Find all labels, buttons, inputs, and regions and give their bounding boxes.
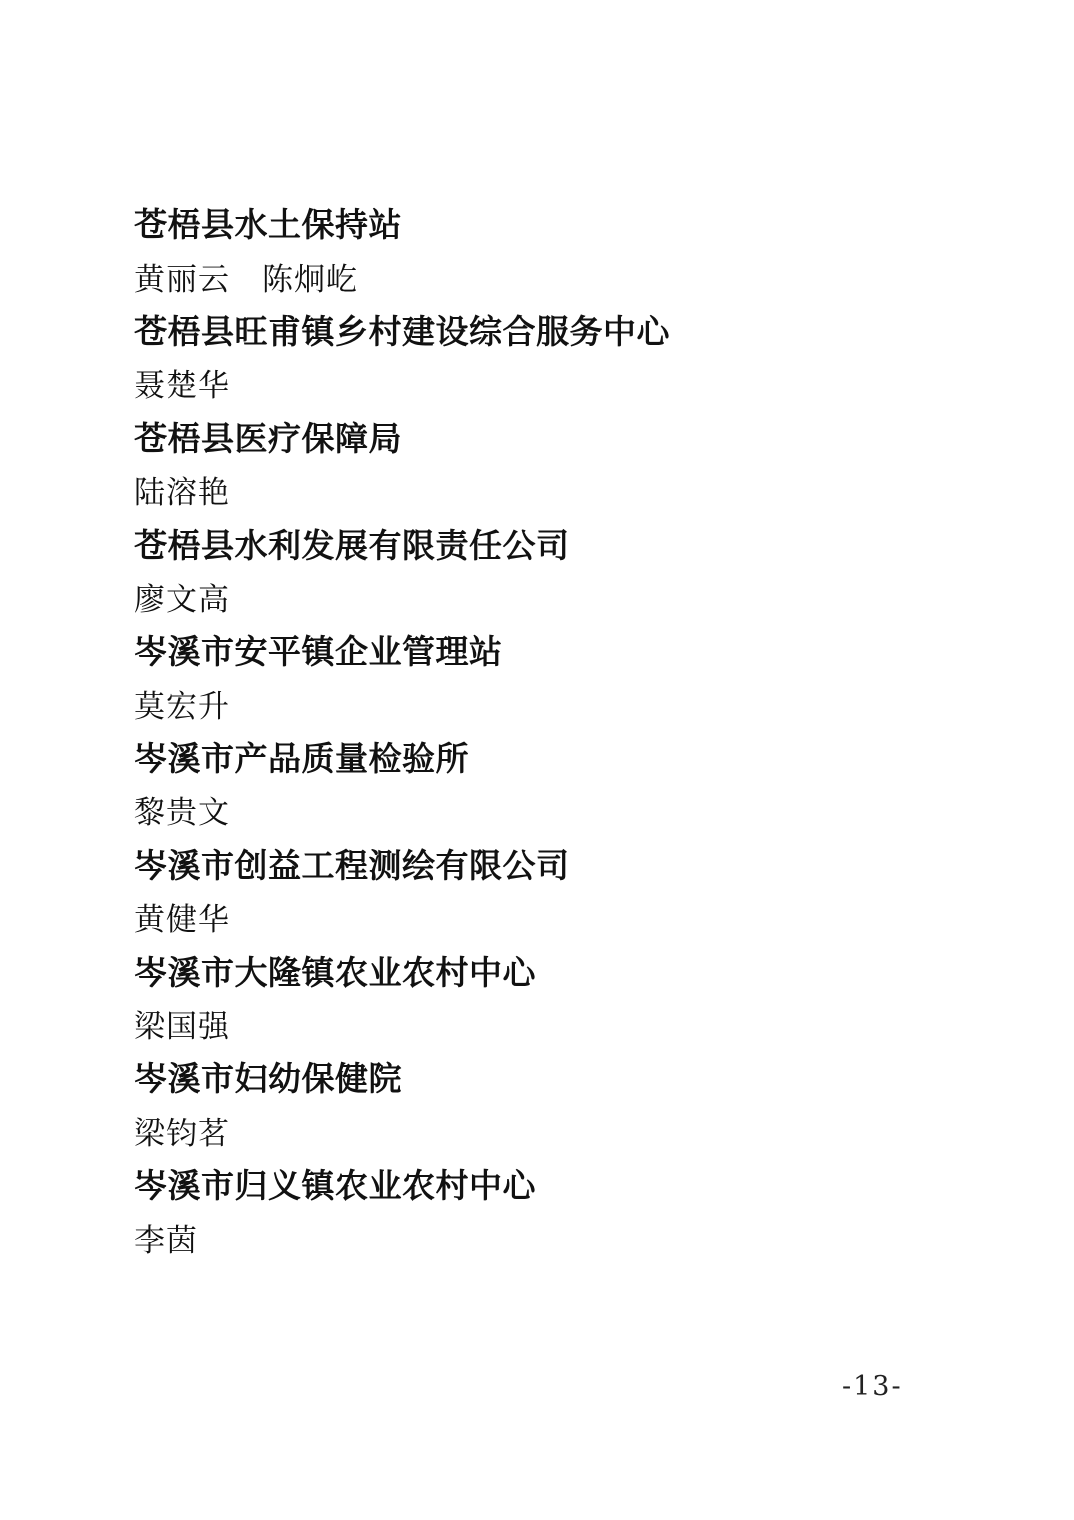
- organization-name: 岑溪市大隆镇农业农村中心: [134, 943, 944, 996]
- page-number: -13-: [842, 1371, 903, 1402]
- organization-name: 岑溪市产品质量检验所: [134, 730, 944, 783]
- recipient-names: 陆溶艳: [134, 463, 944, 516]
- list-entry: 岑溪市归义镇农业农村中心 李茵: [134, 1157, 944, 1264]
- recipient-names: 廖文高: [134, 570, 944, 623]
- list-entry: 苍梧县水利发展有限责任公司 廖文高: [134, 516, 944, 623]
- organization-name: 岑溪市归义镇农业农村中心: [134, 1157, 944, 1210]
- recipient-names: 莫宏升: [134, 677, 944, 730]
- organization-name: 苍梧县医疗保障局: [134, 410, 944, 463]
- list-entry: 岑溪市妇幼保健院 梁钧茗: [134, 1050, 944, 1157]
- award-list: 苍梧县水土保持站 黄丽云 陈炯屹 苍梧县旺甫镇乡村建设综合服务中心 聂楚华 苍梧…: [134, 196, 944, 1264]
- recipient-names: 梁国强: [134, 997, 944, 1050]
- organization-name: 岑溪市安平镇企业管理站: [134, 623, 944, 676]
- list-entry: 岑溪市大隆镇农业农村中心 梁国强: [134, 943, 944, 1050]
- list-entry: 岑溪市创益工程测绘有限公司 黄健华: [134, 837, 944, 944]
- recipient-names: 梁钧茗: [134, 1104, 944, 1157]
- recipient-names: 黄丽云 陈炯屹: [134, 249, 944, 302]
- organization-name: 苍梧县水土保持站: [134, 196, 944, 249]
- organization-name: 岑溪市创益工程测绘有限公司: [134, 837, 944, 890]
- recipient-names: 黄健华: [134, 890, 944, 943]
- organization-name: 苍梧县旺甫镇乡村建设综合服务中心: [134, 303, 944, 356]
- organization-name: 岑溪市妇幼保健院: [134, 1050, 944, 1103]
- list-entry: 岑溪市安平镇企业管理站 莫宏升: [134, 623, 944, 730]
- recipient-names: 黎贵文: [134, 783, 944, 836]
- list-entry: 苍梧县水土保持站 黄丽云 陈炯屹: [134, 196, 944, 303]
- list-entry: 苍梧县旺甫镇乡村建设综合服务中心 聂楚华: [134, 303, 944, 410]
- recipient-names: 聂楚华: [134, 356, 944, 409]
- document-page: 苍梧县水土保持站 黄丽云 陈炯屹 苍梧县旺甫镇乡村建设综合服务中心 聂楚华 苍梧…: [0, 0, 1074, 1520]
- organization-name: 苍梧县水利发展有限责任公司: [134, 516, 944, 569]
- list-entry: 苍梧县医疗保障局 陆溶艳: [134, 410, 944, 517]
- list-entry: 岑溪市产品质量检验所 黎贵文: [134, 730, 944, 837]
- recipient-names: 李茵: [134, 1210, 944, 1263]
